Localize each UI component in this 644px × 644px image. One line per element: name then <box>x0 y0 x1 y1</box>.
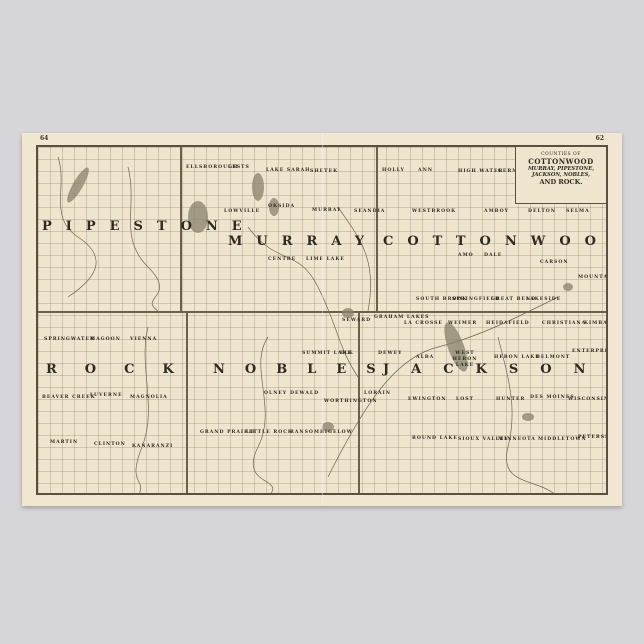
township-label: DEWEY <box>378 351 402 356</box>
title-line-county-list: MURRAY, PIPESTONE, JACKSON, NOBLES, <box>516 166 606 178</box>
township-label: MAGOON <box>90 337 121 342</box>
township-label: CENTRE <box>268 257 296 262</box>
township-label: DEWALD <box>290 391 319 396</box>
county-label-jackson: JACKSON <box>383 362 607 377</box>
township-label: BELMONT <box>536 355 570 360</box>
township-label: MARTIN <box>50 440 78 445</box>
township-label: VIENNA <box>130 337 157 342</box>
township-label: PETERSBURG <box>578 435 608 440</box>
township-label: SPRINGWATER <box>44 337 95 342</box>
county-label-rock: ROCK <box>46 362 202 377</box>
township-label: LUVERNE <box>90 393 123 398</box>
township-label: RANSOM <box>290 430 320 435</box>
map-title-cartouche: COUNTIES OF COTTONWOOD MURRAY, PIPESTONE… <box>515 147 606 204</box>
township-label: LOST <box>456 397 474 402</box>
township-label: HUNTER <box>496 397 525 402</box>
county-label-cottonwood: COTTONWOOD <box>383 234 608 249</box>
township-label: HEIDAFIELD <box>486 321 530 326</box>
township-label: HIGH WATER <box>458 169 503 174</box>
township-label: CARSON <box>540 260 569 265</box>
township-label: AMBOY <box>484 209 509 214</box>
township-label: LIME LAKE <box>306 257 345 262</box>
township-label: LA CROSSE <box>404 321 443 326</box>
township-label: OLNEY <box>264 391 287 396</box>
township-label: KIMBALL <box>584 321 608 326</box>
township-label: HOLLY <box>382 168 405 173</box>
township-label: OKSIDA <box>268 204 295 209</box>
township-label: ANN <box>418 168 433 173</box>
township-label: WORTHINGTON <box>324 399 378 404</box>
township-label: SHETEK <box>310 169 338 174</box>
county-label-pipestone: PIPESTONE <box>42 219 256 234</box>
township-label: EWINGTON <box>408 397 447 402</box>
page-number-right: 62 <box>596 135 604 142</box>
township-label: WESTBROOK <box>412 209 456 214</box>
township-label: MOUNTAIN LAKE <box>578 275 608 280</box>
township-label: MAGNOLIA <box>130 395 168 400</box>
township-label: MINNEOTA <box>498 437 536 442</box>
township-label: ENTERPRISE <box>572 349 608 354</box>
title-line-rock: AND ROCK. <box>516 178 606 186</box>
township-label: LAKE SARAH <box>266 168 311 173</box>
township-label: CLINTON <box>94 442 126 447</box>
center-fold <box>322 133 323 506</box>
township-label: HERON LAKE <box>494 355 540 360</box>
township-label: BEAVER CREEK <box>42 395 96 400</box>
county-label-murray: MURRAY <box>228 234 378 249</box>
township-label: ROUND LAKE <box>412 436 458 441</box>
township-label: WISCONSIN <box>568 397 608 402</box>
county-label-nobles: NOBLES <box>213 362 396 377</box>
township-label: SEANDIA <box>354 209 385 214</box>
page-number-left: 64 <box>40 135 48 142</box>
township-label: GRAHAM LAKES <box>374 315 430 320</box>
township-label: LORAIN <box>364 391 391 396</box>
township-label: GRAND PRAIRIE <box>200 430 257 435</box>
township-label: BIGELOW <box>320 430 353 435</box>
township-label: DELTON <box>528 209 556 214</box>
township-label: WEIMER <box>448 321 477 326</box>
township-label: KANARANZI <box>132 444 173 449</box>
township-label: WEST HERON LAKE <box>448 351 482 369</box>
township-label: SEWARD <box>342 318 371 323</box>
township-label: LOWVILLE <box>224 209 260 214</box>
township-label: SELMA <box>566 209 590 214</box>
township-label: ALBA <box>416 355 434 360</box>
township-label: ELK <box>340 351 354 356</box>
township-label: MURRAY <box>312 208 341 213</box>
township-label: AMO <box>458 253 474 258</box>
township-label: CHRISTIANA <box>542 321 586 326</box>
title-line-cottonwood: COTTONWOOD <box>516 157 606 166</box>
township-label: LESTS <box>228 165 250 170</box>
township-label: LAKESIDE <box>526 297 561 302</box>
map-poster: 64 62 <box>22 133 622 506</box>
township-label: DALE <box>484 253 502 258</box>
